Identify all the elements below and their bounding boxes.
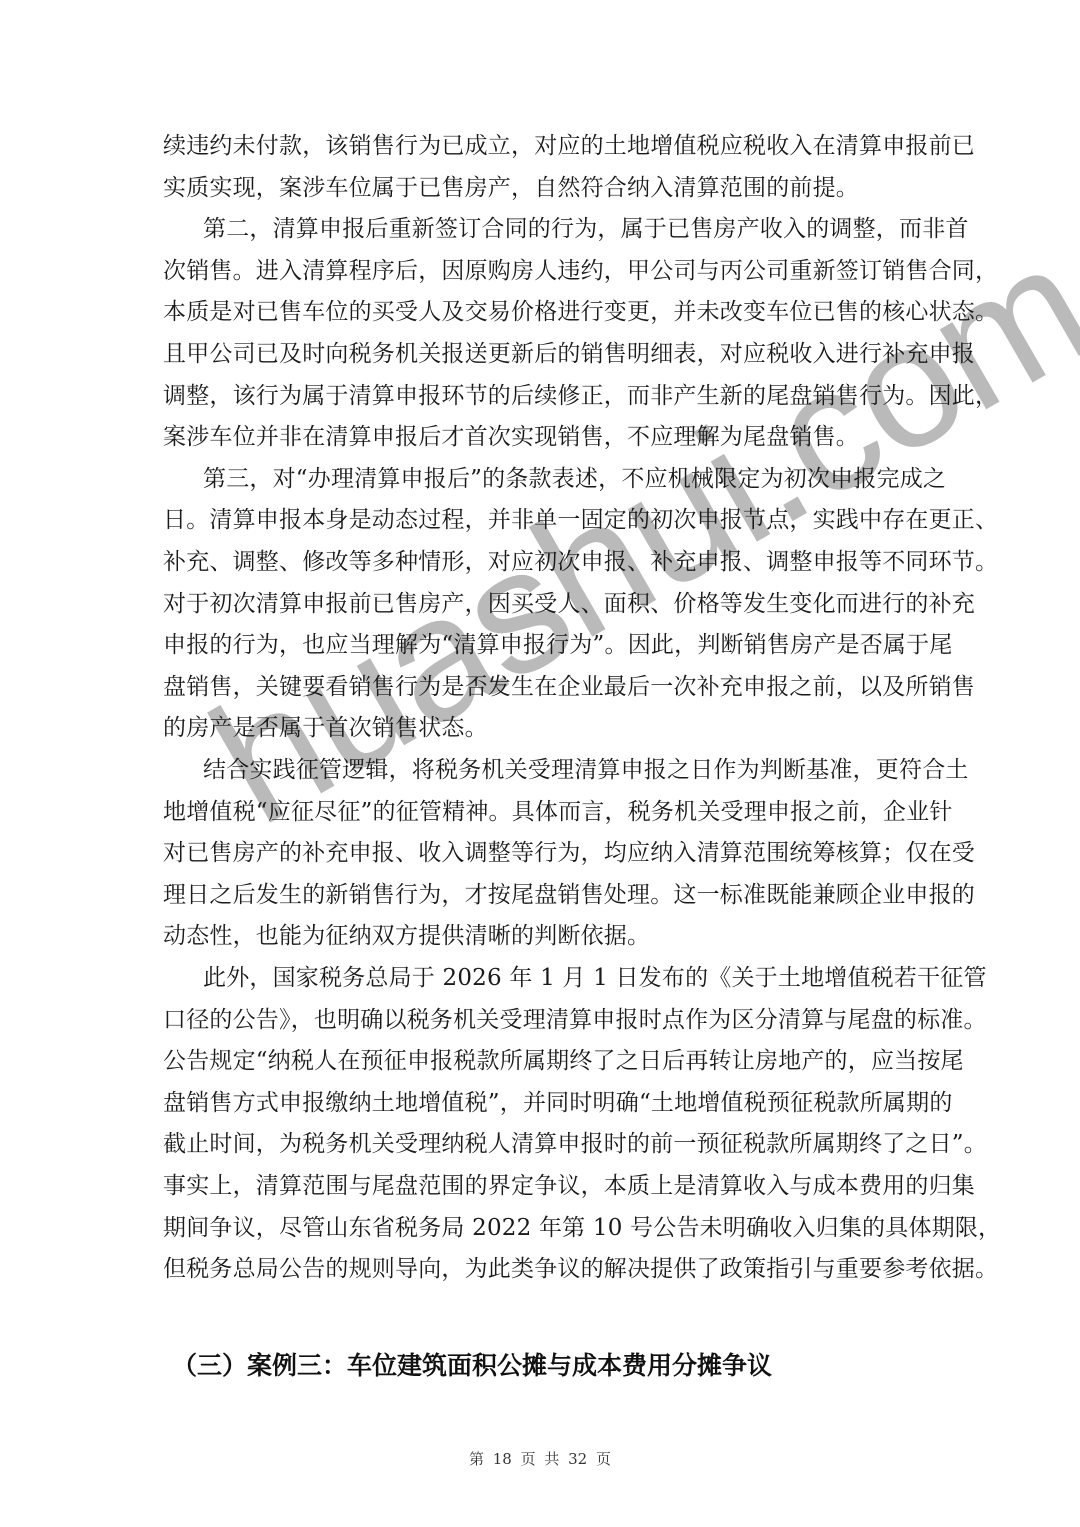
body-text-line: 日。清算申报本身是动态过程，并非单一固定的初次申报节点，实践中存在更正、 [163, 505, 925, 535]
body-text-line: 本质是对已售车位的买受人及交易价格进行变更，并未改变车位已售的核心状态。 [163, 297, 925, 327]
body-text-line: 此外，国家税务总局于 2026 年 1 月 1 日发布的《关于土地增值税若干征管 [163, 963, 925, 993]
page-footer: 第 18 页 共 32 页 [0, 1448, 1080, 1469]
body-text-line: 盘销售，关键要看销售行为是否发生在企业最后一次补充申报之前，以及所销售 [163, 672, 925, 702]
body-text-line: 的房产是否属于首次销售状态。 [163, 713, 925, 743]
body-text-line: 但税务总局公告的规则导向，为此类争议的解决提供了政策指引与重要参考依据。 [163, 1254, 925, 1284]
body-text-line: 案涉车位并非在清算申报后才首次实现销售，不应理解为尾盘销售。 [163, 422, 925, 452]
body-text-line: 地增值税“应征尽征”的征管精神。具体而言，税务机关受理申报之前，企业针 [163, 797, 925, 827]
body-text-line: 调整，该行为属于清算申报环节的后续修正，而非产生新的尾盘销售行为。因此， [163, 381, 925, 411]
body-text-line: 公告规定“纳税人在预征申报税款所属期终了之日后再转让房地产的，应当按尾 [163, 1046, 925, 1076]
body-text-line: 结合实践征管逻辑，将税务机关受理清算申报之日作为判断基准，更符合土 [163, 755, 925, 785]
body-text-line: 事实上，清算范围与尾盘范围的界定争议，本质上是清算收入与成本费用的归集 [163, 1171, 925, 1201]
section-heading: （三）案例三：车位建筑面积公摊与成本费用分摊争议 [172, 1346, 772, 1382]
body-text-line: 第三，对“办理清算申报后”的条款表述，不应机械限定为初次申报完成之 [163, 464, 925, 494]
body-text-line: 对于初次清算申报前已售房产，因买受人、面积、价格等发生变化而进行的补充 [163, 589, 925, 619]
body-text-line: 口径的公告》，也明确以税务机关受理清算申报时点作为区分清算与尾盘的标准。 [163, 1005, 925, 1035]
body-text-line: 对已售房产的补充申报、收入调整等行为，均应纳入清算范围统筹核算；仅在受 [163, 838, 925, 868]
body-text-line: 第二，清算申报后重新签订合同的行为，属于已售房产收入的调整，而非首 [163, 214, 925, 244]
document-page: huashui.com 续违约未付款，该销售行为已成立，对应的土地增值税应税收入… [0, 0, 1080, 1527]
body-text-line: 期间争议，尽管山东省税务局 2022 年第 10 号公告未明确收入归集的具体期限… [163, 1213, 925, 1243]
body-text-line: 次销售。进入清算程序后，因原购房人违约，甲公司与丙公司重新签订销售合同， [163, 256, 925, 286]
body-text-line: 且甲公司已及时向税务机关报送更新后的销售明细表，对应税收入进行补充申报 [163, 339, 925, 369]
body-text-line: 截止时间，为税务机关受理纳税人清算申报时的前一预征税款所属期终了之日”。 [163, 1129, 925, 1159]
body-text-line: 实质实现，案涉车位属于已售房产，自然符合纳入清算范围的前提。 [163, 173, 925, 203]
body-text-line: 申报的行为，也应当理解为“清算申报行为”。因此，判断销售房产是否属于尾 [163, 630, 925, 660]
body-text-line: 续违约未付款，该销售行为已成立，对应的土地增值税应税收入在清算申报前已 [163, 131, 925, 161]
body-text-line: 盘销售方式申报缴纳土地增值税”，并同时明确“土地增值税预征税款所属期的 [163, 1088, 925, 1118]
body-text-line: 动态性，也能为征纳双方提供清晰的判断依据。 [163, 921, 925, 951]
body-text-line: 理日之后发生的新销售行为，才按尾盘销售处理。这一标准既能兼顾企业申报的 [163, 880, 925, 910]
body-text-line: 补充、调整、修改等多种情形，对应初次申报、补充申报、调整申报等不同环节。 [163, 547, 925, 577]
